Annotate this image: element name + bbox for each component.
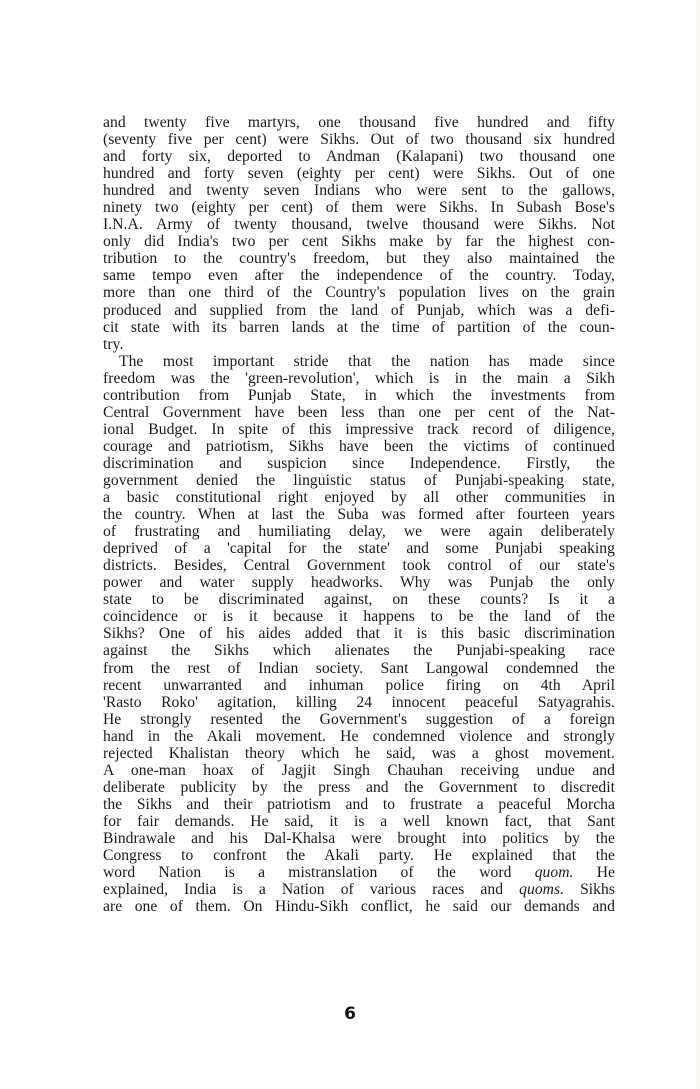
text-line: power and water supply headworks. Why wa…	[103, 574, 615, 591]
page-number: 6	[0, 1004, 700, 1024]
text-line: the country. When at last the Suba was f…	[103, 506, 615, 523]
italic-term: quoms.	[519, 881, 564, 898]
text-line: hundred and twenty seven Indians who wer…	[103, 182, 615, 199]
text-line: are one of them. On Hindu-Sikh conflict,…	[103, 898, 615, 915]
text-line: the Sikhs and their patriotism and to fr…	[103, 796, 615, 813]
text-line: Sikhs? One of his aides added that it is…	[103, 625, 615, 642]
text-line: Bindrawale and his Dal-Khalsa were broug…	[103, 830, 615, 847]
text-line: contribution from Punjab State, in which…	[103, 387, 615, 404]
text-line: tribution to the country's freedom, but …	[103, 250, 615, 267]
text-line: rejected Khalistan theory which he said,…	[103, 745, 615, 762]
text-line: (seventy five per cent) were Sikhs. Out …	[103, 131, 615, 148]
text-line: I.N.A. Army of twenty thousand, twelve t…	[103, 216, 615, 233]
text-line: He strongly resented the Government's su…	[103, 711, 615, 728]
text-line: same tempo even after the independence o…	[103, 267, 615, 284]
text-line: government denied the linguistic status …	[103, 472, 615, 489]
text-line: hand in the Akali movement. He condemned…	[103, 728, 615, 745]
text-line: districts. Besides, Central Government t…	[103, 557, 615, 574]
text-line: produced and supplied from the land of P…	[103, 302, 615, 319]
text-line: for fair demands. He said, it is a well …	[103, 813, 615, 830]
text-line: and twenty five martyrs, one thousand fi…	[103, 114, 615, 131]
body-text: and twenty five martyrs, one thousand fi…	[103, 114, 615, 915]
text-line: more than one third of the Country's pop…	[103, 284, 615, 301]
text-line: A one-man hoax of Jagjit Singh Chauhan r…	[103, 762, 615, 779]
text-line: ninety two (eighty per cent) of them wer…	[103, 199, 615, 216]
italic-term: quom.	[535, 864, 574, 881]
text-line: freedom was the 'green-revolution', whic…	[103, 370, 615, 387]
text-line: The most important stride that the natio…	[103, 353, 615, 370]
text-line: deliberate publicity by the press and th…	[103, 779, 615, 796]
page-edge	[696, 0, 700, 1089]
text-line: against the Sikhs which alienates the Pu…	[103, 642, 615, 659]
text-line: ional Budget. In spite of this impressiv…	[103, 421, 615, 438]
text-line: discrimination and suspicion since Indep…	[103, 455, 615, 472]
text-line: word Nation is a mistranslation of the w…	[103, 864, 615, 881]
text-line: try.	[103, 336, 615, 353]
text-line: cit state with its barren lands at the t…	[103, 319, 615, 336]
text-line: of frustrating and humiliating delay, we…	[103, 523, 615, 540]
text-line: Central Government have been less than o…	[103, 404, 615, 421]
text-line: and forty six, deported to Andman (Kalap…	[103, 148, 615, 165]
text-line: Congress to confront the Akali party. He…	[103, 847, 615, 864]
text-line: 'Rasto Roko' agitation, killing 24 innoc…	[103, 694, 615, 711]
text-line: only did India's two per cent Sikhs make…	[103, 233, 615, 250]
text-line: state to be discriminated against, on th…	[103, 591, 615, 608]
text-line: explained, India is a Nation of various …	[103, 881, 615, 898]
text-line: hundred and forty seven (eighty per cent…	[103, 165, 615, 182]
text-line: courage and patriotism, Sikhs have been …	[103, 438, 615, 455]
text-line: deprived of a 'capital for the state' an…	[103, 540, 615, 557]
text-line: from the rest of Indian society. Sant La…	[103, 660, 615, 677]
text-line: a basic constitutional right enjoyed by …	[103, 489, 615, 506]
text-line: recent unwarranted and inhuman police fi…	[103, 677, 615, 694]
text-line: coincidence or is it because it happens …	[103, 608, 615, 625]
